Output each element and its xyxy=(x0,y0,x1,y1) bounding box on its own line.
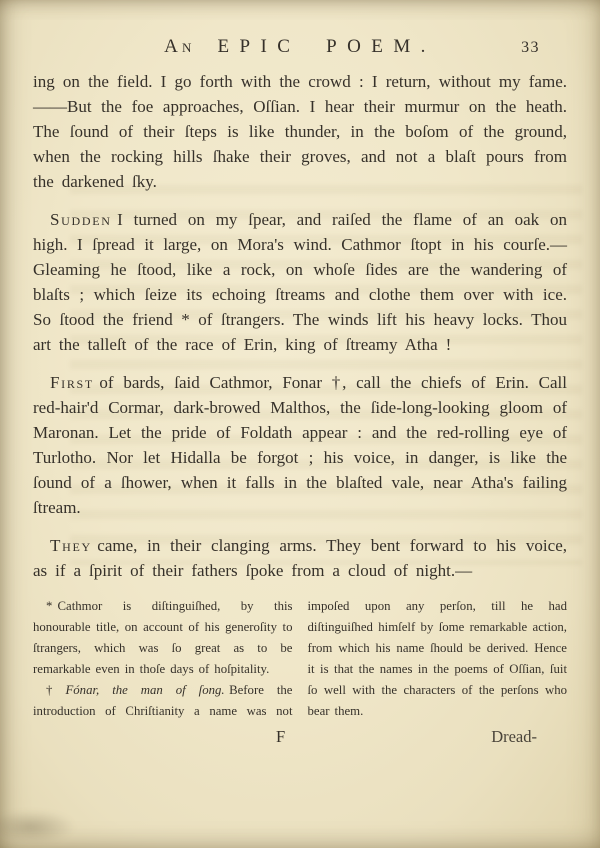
paragraph-1: ing on the field. I go forth with the cr… xyxy=(33,69,567,194)
title-article: An xyxy=(164,36,195,57)
paragraph-3: Firstof bards, ſaid Cathmor, Fonar †, ca… xyxy=(33,370,567,520)
paragraph-1-text: ing on the field. I go forth with the cr… xyxy=(33,72,567,191)
paragraph-2-lead: Sudden xyxy=(50,210,112,229)
paragraph-4: Theycame, in their clanging arms. They b… xyxy=(33,533,567,583)
paragraph-3-text: of bards, ſaid Cathmor, Fonar †, call th… xyxy=(33,373,567,517)
signature-mark: F xyxy=(276,727,285,747)
paragraph-4-text: came, in their clanging arms. They bent … xyxy=(33,536,567,580)
catchword: Dread- xyxy=(491,727,537,747)
page-number-cell: 33 xyxy=(521,36,567,58)
paragraph-4-lead: They xyxy=(50,536,92,555)
dagger-marker: † xyxy=(46,683,60,697)
footnotes-section: *Cathmor is diſtinguiſhed, by this honou… xyxy=(33,596,567,722)
running-head: AnEPIC POEM. 33 xyxy=(33,36,567,58)
asterisk-marker: * xyxy=(46,599,52,613)
page-number: 33 xyxy=(521,39,567,56)
page-footer: F Dread- xyxy=(33,727,567,747)
page-content: AnEPIC POEM. 33 ing on the field. I go f… xyxy=(0,0,600,747)
footnote-asterisk-text: Cathmor is diſtinguiſhed, by this honour… xyxy=(33,599,293,676)
body-text: ing on the field. I go forth with the cr… xyxy=(33,69,567,583)
page-title: AnEPIC POEM. xyxy=(164,36,436,58)
paragraph-2: SuddenI turned on my ſpear, and raiſed t… xyxy=(33,207,567,357)
footnote-asterisk: *Cathmor is diſtinguiſhed, by this honou… xyxy=(33,596,293,680)
book-page: AnEPIC POEM. 33 ing on the field. I go f… xyxy=(0,0,600,848)
page-edge-smudge xyxy=(0,810,76,844)
paragraph-3-lead: First xyxy=(50,373,94,392)
paragraph-2-text: I turned on my ſpear, and raiſed the fla… xyxy=(33,210,567,354)
footnote-dagger-italic: Fónar, the man of ſong. xyxy=(65,683,224,697)
title-main: EPIC POEM. xyxy=(217,36,435,57)
